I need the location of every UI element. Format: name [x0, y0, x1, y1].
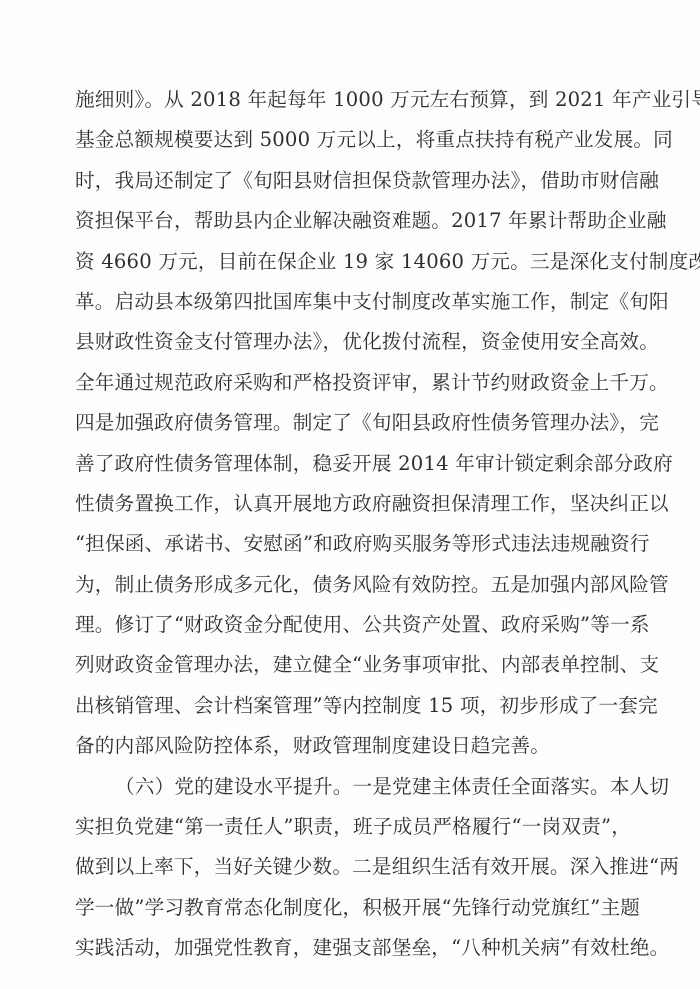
text-line: 备的内部风险防控体系，财政管理制度建设日趋完善。 — [75, 726, 631, 766]
text-line: 施细则》。从 2018 年起每年 1000 万元左右预算，到 2021 年产业引… — [75, 80, 631, 120]
text-line: 为，制止债务形成多元化，债务风险有效防控。五是加强内部风险管 — [75, 565, 631, 605]
document-page: 施细则》。从 2018 年起每年 1000 万元左右预算，到 2021 年产业引… — [75, 80, 631, 969]
text-line: 理。修订了“财政资金分配使用、公共资产处置、政府采购”等一系 — [75, 605, 631, 645]
text-line: 列财政资金管理办法，建立健全“业务事项审批、内部表单控制、支 — [75, 645, 631, 685]
text-line: 时，我局还制定了《旬阳县财信担保贷款管理办法》，借助市财信融 — [75, 161, 631, 201]
paragraph-party-building: （六）党的建设水平提升。一是党建主体责任全面落实。本人切 实担负党建“第一责任人… — [75, 767, 631, 969]
text-line: 革。启动县本级第四批国库集中支付制度改革实施工作，制定《旬阳 — [75, 282, 631, 322]
text-line: 出核销管理、会计档案管理”等内控制度 15 项，初步形成了一套完 — [75, 686, 631, 726]
text-line: 学一做”学习教育常态化制度化，积极开展“先锋行动党旗红”主题 — [75, 888, 631, 928]
text-line: 资 4660 万元，目前在保企业 19 家 14060 万元。三是深化支付制度改 — [75, 242, 631, 282]
text-line: 基金总额规模要达到 5000 万元以上，将重点扶持有税产业发展。同 — [75, 120, 631, 160]
text-line: 全年通过规范政府采购和严格投资评审，累计节约财政资金上千万。 — [75, 363, 631, 403]
text-line: 县财政性资金支付管理办法》，优化拨付流程，资金使用安全高效。 — [75, 322, 631, 362]
text-line: 资担保平台，帮助县内企业解决融资难题。2017 年累计帮助企业融 — [75, 201, 631, 241]
section-heading-line: （六）党的建设水平提升。一是党建主体责任全面落实。本人切 — [75, 767, 631, 807]
text-line: 做到以上率下，当好关键少数。二是组织生活有效开展。深入推进“两 — [75, 847, 631, 887]
text-line: 四是加强政府债务管理。制定了《旬阳县政府性债务管理办法》，完 — [75, 403, 631, 443]
text-line: 实担负党建“第一责任人”职责，班子成员严格履行“一岗双责”， — [75, 807, 631, 847]
paragraph-finance-reform: 施细则》。从 2018 年起每年 1000 万元左右预算，到 2021 年产业引… — [75, 80, 631, 767]
text-line: 实践活动，加强党性教育，建强支部堡垒，“八种机关病”有效杜绝。 — [75, 928, 631, 968]
text-line: 善了政府性债务管理体制，稳妥开展 2014 年审计锁定剩余部分政府 — [75, 444, 631, 484]
text-line: “担保函、承诺书、安慰函”和政府购买服务等形式违法违规融资行 — [75, 524, 631, 564]
text-line: 性债务置换工作，认真开展地方政府融资担保清理工作，坚决纠正以 — [75, 484, 631, 524]
